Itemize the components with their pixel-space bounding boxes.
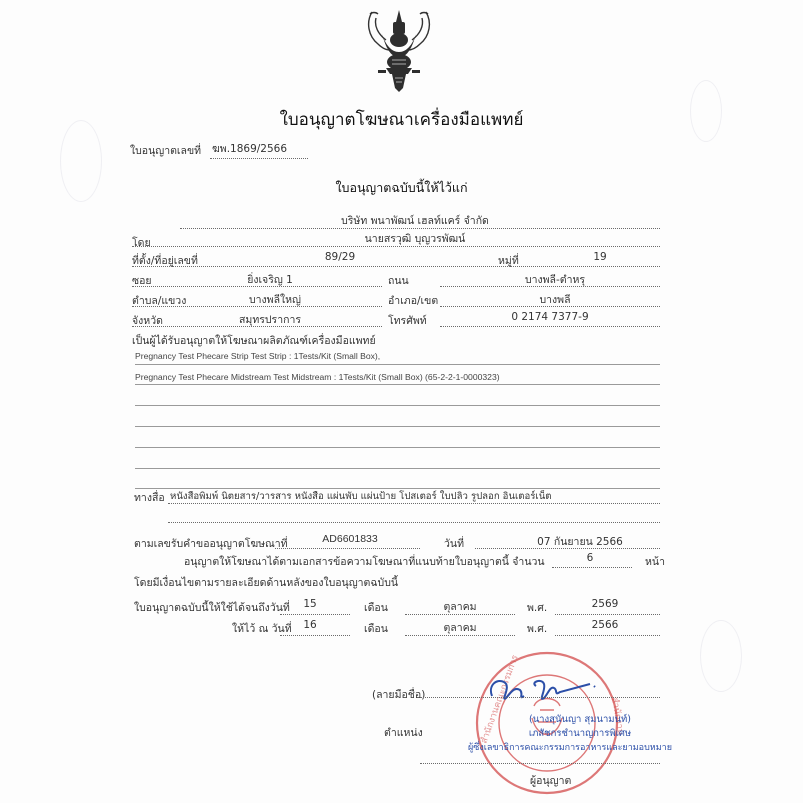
field-underline bbox=[132, 306, 382, 307]
conditions-text: โดยมีเงื่อนไขตามรายละเอียดด้านหลังของใบอ… bbox=[134, 574, 398, 591]
signer-position: เภสัชกรชำนาญการพิเศษ bbox=[480, 726, 680, 741]
document-title: ใบอนุญาตโฆษณาเครื่องมือแพทย์ bbox=[0, 106, 803, 133]
field-underline bbox=[168, 503, 660, 504]
valid-until-month: ตุลาคม bbox=[410, 598, 510, 615]
signer-name: (นางสุนันญา สุมนามนท์) bbox=[480, 712, 680, 727]
issued-day: 16 bbox=[280, 619, 340, 631]
field-underline bbox=[440, 326, 660, 327]
pages-text: อนุญาตให้โฆษณาได้ตามเอกสารข้อความโฆษณาที… bbox=[184, 553, 545, 570]
year-label: พ.ศ. bbox=[527, 599, 547, 616]
license-document: ใบอนุญาตโฆษณาเครื่องมือแพทย์ ใบอนุญาตเลข… bbox=[0, 0, 803, 803]
blank-line bbox=[135, 447, 660, 448]
district-label: อำเภอ/เขต bbox=[388, 292, 438, 309]
blank-line bbox=[135, 468, 660, 469]
valid-until-label: ใบอนุญาตฉบับนี้ให้ใช้ได้จนถึงวันที่ bbox=[134, 599, 290, 616]
phone-label: โทรศัพท์ bbox=[388, 312, 427, 329]
by-value: นายสรวุฒิ บุญวรพัฒน์ bbox=[180, 230, 650, 247]
field-underline bbox=[132, 266, 660, 267]
field-underline bbox=[168, 522, 660, 523]
month-label: เดือน bbox=[364, 620, 388, 637]
signature-line bbox=[420, 697, 660, 698]
field-underline bbox=[210, 158, 308, 159]
issued-month: ตุลาคม bbox=[410, 619, 510, 636]
media-value: หนังสือพิมพ์ นิตยสาร/วารสาร หนังสือ แผ่น… bbox=[170, 489, 552, 504]
month-label: เดือน bbox=[364, 599, 388, 616]
by-label: โดย bbox=[132, 234, 151, 251]
field-underline bbox=[440, 286, 660, 287]
request-number: AD6601833 bbox=[290, 533, 410, 545]
moo: 19 bbox=[560, 251, 640, 263]
pages-count: 6 bbox=[560, 552, 620, 564]
position-label: ตำแหน่ง bbox=[384, 724, 423, 741]
phone: 0 2174 7377-9 bbox=[460, 311, 640, 323]
handwritten-signature bbox=[484, 672, 604, 708]
blank-line bbox=[135, 405, 660, 406]
field-underline bbox=[132, 286, 382, 287]
paper-fiber bbox=[700, 620, 742, 692]
signer-delegation: ผู้ซึ่งเลขาธิการคณะกรรมการอาหารและยามอบห… bbox=[440, 740, 700, 754]
product-item: Pregnancy Test Phecare Midstream Test Mi… bbox=[135, 372, 500, 382]
valid-until-year: 2569 bbox=[565, 598, 645, 610]
year-label: พ.ศ. bbox=[527, 620, 547, 637]
road-label: ถนน bbox=[388, 272, 409, 289]
request-label: ตามเลขรับคำขออนุญาตโฆษณาที่ bbox=[134, 535, 288, 552]
licensor-label: ผู้อนุญาต bbox=[530, 772, 571, 789]
granted-to-heading: ใบอนุญาตฉบับนี้ให้ไว้แก่ bbox=[0, 178, 803, 198]
license-number-label: ใบอนุญาตเลขที่ bbox=[130, 142, 201, 159]
field-underline bbox=[275, 548, 420, 549]
request-date-label: วันที่ bbox=[444, 535, 464, 552]
field-underline bbox=[475, 548, 660, 549]
field-underline bbox=[135, 384, 660, 385]
field-underline bbox=[555, 635, 660, 636]
product-item: Pregnancy Test Phecare Strip Test Strip … bbox=[135, 351, 380, 361]
garuda-emblem-icon bbox=[362, 4, 436, 94]
field-underline bbox=[135, 364, 660, 365]
field-underline bbox=[132, 246, 660, 247]
field-underline bbox=[180, 228, 660, 229]
house-no: 89/29 bbox=[260, 251, 420, 263]
signature-label: (ลายมือชื่อ) bbox=[372, 686, 425, 703]
media-label: ทางสื่อ bbox=[134, 489, 165, 506]
license-number: ฆพ.1869/2566 bbox=[212, 140, 287, 157]
field-underline bbox=[552, 567, 632, 568]
field-underline bbox=[555, 614, 660, 615]
issued-year: 2566 bbox=[565, 619, 645, 631]
company-name: บริษัท พนาพัฒน์ เฮลท์แคร์ จำกัด bbox=[180, 212, 650, 229]
field-underline bbox=[280, 614, 350, 615]
pages-unit: หน้า bbox=[645, 553, 665, 570]
blank-line bbox=[135, 426, 660, 427]
field-underline bbox=[405, 614, 515, 615]
products-heading: เป็นผู้ได้รับอนุญาตให้โฆษณาผลิตภัณฑ์เครื… bbox=[132, 332, 376, 349]
field-underline bbox=[132, 326, 382, 327]
field-underline bbox=[440, 306, 660, 307]
field-underline bbox=[280, 635, 350, 636]
field-underline bbox=[405, 635, 515, 636]
valid-until-day: 15 bbox=[280, 598, 340, 610]
position-line bbox=[420, 763, 660, 764]
